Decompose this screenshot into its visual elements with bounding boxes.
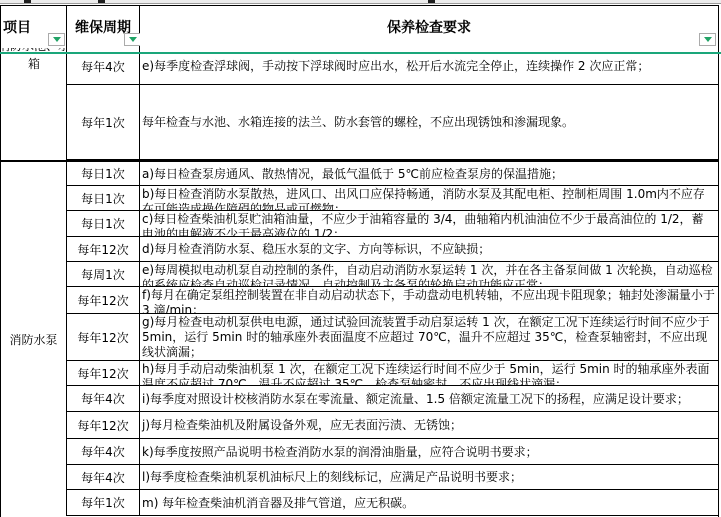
header-project-label: 项目 — [3, 17, 31, 37]
period-cell[interactable]: 每年12次 — [67, 314, 140, 360]
table-row: 每年12次g)每月检查电动机泵供电电源，通过试验回流装置手动启泵运转 1 次，在… — [67, 314, 718, 361]
period-cell[interactable]: 每日1次 — [67, 186, 140, 210]
period-cell[interactable]: 每年1次 — [67, 490, 140, 515]
requirement-text: k)每季度按照产品说明书检查消防水泵的润滑油脂量，应符合说明书要求； — [140, 444, 541, 460]
chevron-down-icon — [53, 37, 61, 42]
period-cell[interactable]: 每年12次 — [67, 361, 140, 385]
header-requirement-label: 保养检查要求 — [387, 17, 471, 37]
requirement-text: b)每日检查消防水泵散热，进风口、出风口应保持畅通，消防水泵及其配电柜、控制柜周… — [140, 186, 718, 210]
spreadsheet-view: 项目 维保周期 保养检查要求 消防水池、水箱每年4次e)每季度检查浮球阀，手动按… — [0, 0, 721, 517]
section-rows: 每日1次a)每日检查泵房通风、散热情况，最低气温低于 5℃前应检查泵房的保温措施… — [67, 162, 718, 516]
column-letter-remnant — [428, 0, 435, 3]
table-row: 每年1次每年检查与水池、水箱连接的法兰、防水套管的螺栓，不应出现锈蚀和渗漏现象。 — [67, 85, 718, 160]
requirement-text: e)每季度检查浮球阀，手动按下浮球阀时应出水，松开后水流完全停止，连续操作 2 … — [140, 58, 652, 74]
table-row: 每年1次m) 每年检查柴油机消音器及排气管道，应无积碳。 — [67, 490, 718, 516]
table-row: 每日1次a)每日检查泵房通风、散热情况，最低气温低于 5℃前应检查泵房的保温措施… — [67, 162, 718, 186]
table-row: 每年4次l)每季度检查柴油机泵机油标尺上的刻线标记，应满足产品说明书要求； — [67, 465, 718, 490]
requirement-text: d)每月检查消防水泵、稳压水泵的文字、方向等标识，不应缺损； — [140, 241, 493, 257]
requirement-text: g)每月检查电动机泵供电电源，通过试验回流装置手动启泵运转 1 次，在额定工况下… — [140, 314, 718, 360]
table-row: 每年12次d)每月检查消防水泵、稳压水泵的文字、方向等标识，不应缺损； — [67, 237, 718, 262]
requirement-cell[interactable]: l)每季度检查柴油机泵机油标尺上的刻线标记，应满足产品说明书要求； — [140, 465, 718, 489]
header-cell-requirement[interactable]: 保养检查要求 — [140, 6, 718, 48]
requirement-cell[interactable]: c)每日检查柴油机泵贮油箱油量，不应少于油箱容量的 3/4，曲轴箱内机油油位不少… — [140, 211, 718, 236]
project-label: 消防水泵 — [9, 331, 57, 348]
requirement-cell[interactable]: m) 每年检查柴油机消音器及排气管道，应无积碳。 — [140, 490, 718, 515]
column-letter-remnant — [98, 0, 105, 3]
requirement-text: l)每季度检查柴油机泵机油标尺上的刻线标记，应满足产品说明书要求； — [140, 469, 525, 485]
requirement-text: i)每季度对照设计校核消防水泵在零流量、额定流量、1.5 倍额定流量工况下的扬程… — [140, 391, 692, 407]
period-cell[interactable]: 每年12次 — [67, 237, 140, 261]
table-row: 每年4次i)每季度对照设计校核消防水泵在零流量、额定流量、1.5 倍额定流量工况… — [67, 386, 718, 412]
chevron-down-icon — [129, 37, 137, 42]
requirement-cell[interactable]: g)每月检查电动机泵供电电源，通过试验回流装置手动启泵运转 1 次，在额定工况下… — [140, 314, 718, 360]
requirement-cell[interactable]: i)每季度对照设计校核消防水泵在零流量、额定流量、1.5 倍额定流量工况下的扬程… — [140, 386, 718, 411]
filter-button-project[interactable] — [48, 33, 65, 46]
header-cell-period[interactable]: 维保周期 — [67, 6, 140, 48]
period-cell[interactable]: 每年12次 — [67, 287, 140, 313]
requirement-text: m) 每年检查柴油机消音器及排气管道，应无积碳。 — [140, 495, 417, 511]
requirement-cell[interactable]: d)每月检查消防水泵、稳压水泵的文字、方向等标识，不应缺损； — [140, 237, 718, 261]
project-cell[interactable]: 消防水泵 — [1, 162, 67, 516]
requirement-text: 每年检查与水池、水箱连接的法兰、防水套管的螺栓，不应出现锈蚀和渗漏现象。 — [140, 114, 577, 130]
period-cell[interactable]: 每年12次 — [67, 412, 140, 438]
requirement-text: a)每日检查泵房通风、散热情况，最低气温低于 5℃前应检查泵房的保温措施； — [140, 166, 566, 182]
header-period-label: 维保周期 — [75, 17, 131, 37]
period-cell[interactable]: 每周1次 — [67, 262, 140, 286]
table-row: 每日1次c)每日检查柴油机泵贮油箱油量，不应少于油箱容量的 3/4，曲轴箱内机油… — [67, 211, 718, 237]
requirement-cell[interactable]: j)每月检查柴油机及附属设备外观，应无表面污渍、无锈蚀； — [140, 412, 718, 438]
requirement-cell[interactable]: k)每季度按照产品说明书检查消防水泵的润滑油脂量，应符合说明书要求； — [140, 439, 718, 464]
table-row: 每年12次f)每月在确定泵组控制装置在非自动启动状态下，手动盘动电机转轴，不应出… — [67, 287, 718, 314]
section-rows: 每年4次e)每季度检查浮球阀，手动按下浮球阀时应出水，松开后水流完全停止，连续操… — [67, 48, 718, 160]
table-section: 消防水池、水箱每年4次e)每季度检查浮球阀，手动按下浮球阀时应出水，松开后水流完… — [1, 48, 718, 160]
column-header-remnant — [0, 0, 721, 4]
column-letter-remnant — [24, 0, 31, 3]
requirement-text: f)每月在确定泵组控制装置在非自动启动状态下，手动盘动电机转轴，不应出现卡阻现象… — [140, 287, 718, 313]
project-cell[interactable]: 消防水池、水箱 — [1, 48, 67, 160]
table-header-row: 项目 维保周期 保养检查要求 — [1, 6, 718, 48]
table-row: 每年4次k)每季度按照产品说明书检查消防水泵的润滑油脂量，应符合说明书要求； — [67, 439, 718, 465]
table-row: 每周1次e)每周模拟电动机泵自动控制的条件，自动启动消防水泵运转 1 次，并在各… — [67, 262, 718, 287]
table-row: 每日1次b)每日检查消防水泵散热，进风口、出风口应保持畅通，消防水泵及其配电柜、… — [67, 186, 718, 211]
requirement-cell[interactable]: f)每月在确定泵组控制装置在非自动启动状态下，手动盘动电机转轴，不应出现卡阻现象… — [140, 287, 718, 313]
requirement-text: c)每日检查柴油机泵贮油箱油量，不应少于油箱容量的 3/4，曲轴箱内机油油位不少… — [140, 211, 718, 236]
requirement-cell[interactable]: 每年检查与水池、水箱连接的法兰、防水套管的螺栓，不应出现锈蚀和渗漏现象。 — [140, 85, 718, 159]
table-body: 消防水池、水箱每年4次e)每季度检查浮球阀，手动按下浮球阀时应出水，松开后水流完… — [1, 48, 718, 516]
maintenance-table: 项目 维保周期 保养检查要求 消防水池、水箱每年4次e)每季度检查浮球阀，手动按… — [0, 5, 719, 517]
requirement-text: j)每月检查柴油机及附属设备外观，应无表面污渍、无锈蚀； — [140, 417, 465, 433]
requirement-cell[interactable]: a)每日检查泵房通风、散热情况，最低气温低于 5℃前应检查泵房的保温措施； — [140, 162, 718, 185]
table-row: 每年12次j)每月检查柴油机及附属设备外观，应无表面污渍、无锈蚀； — [67, 412, 718, 439]
table-section: 消防水泵每日1次a)每日检查泵房通风、散热情况，最低气温低于 5℃前应检查泵房的… — [1, 162, 718, 516]
period-cell[interactable]: 每日1次 — [67, 211, 140, 236]
period-cell[interactable]: 每日1次 — [67, 162, 140, 185]
filter-button-requirement[interactable] — [699, 33, 716, 46]
period-cell[interactable]: 每年4次 — [67, 439, 140, 464]
requirement-cell[interactable]: e)每周模拟电动机泵自动控制的条件，自动启动消防水泵运转 1 次，并在各主备泵间… — [140, 262, 718, 286]
chevron-down-icon — [704, 37, 712, 42]
requirement-text: e)每周模拟电动机泵自动控制的条件，自动启动消防水泵运转 1 次，并在各主备泵间… — [140, 262, 718, 286]
period-cell[interactable]: 每年1次 — [67, 85, 140, 159]
requirement-text: h)每月手动启动柴油机泵 1 次，在额定工况下连续运行时间不应少于 5min，运… — [140, 361, 718, 385]
header-cell-project[interactable]: 项目 — [1, 6, 67, 48]
table-row: 每年12次h)每月手动启动柴油机泵 1 次，在额定工况下连续运行时间不应少于 5… — [67, 361, 718, 386]
period-cell[interactable]: 每年4次 — [67, 465, 140, 489]
freeze-pane-line — [0, 52, 721, 54]
filter-button-period[interactable] — [124, 33, 141, 46]
period-cell[interactable]: 每年4次 — [67, 386, 140, 411]
requirement-cell[interactable]: h)每月手动启动柴油机泵 1 次，在额定工况下连续运行时间不应少于 5min，运… — [140, 361, 718, 385]
requirement-cell[interactable]: b)每日检查消防水泵散热，进风口、出风口应保持畅通，消防水泵及其配电柜、控制柜周… — [140, 186, 718, 210]
